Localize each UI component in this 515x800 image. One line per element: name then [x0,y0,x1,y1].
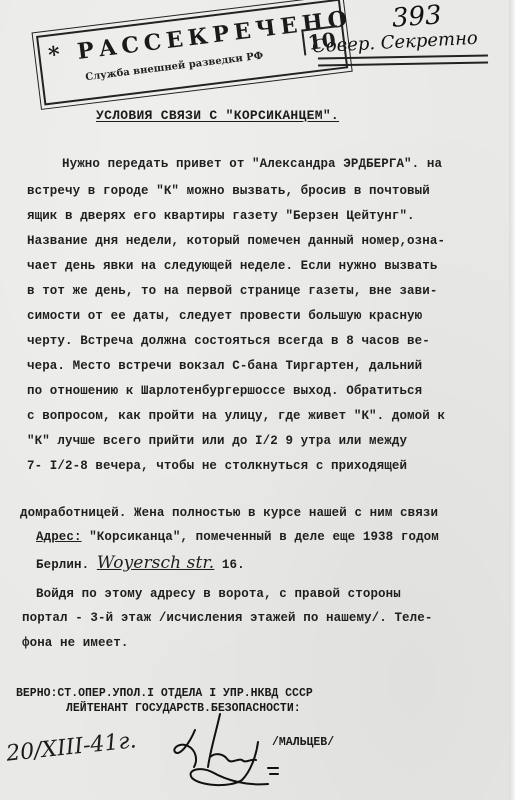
directions-line: фона не имеет. [22,636,128,650]
body-line: в тот же день, то на первой странице газ… [27,284,437,298]
directions-line: портал - 3-й этаж /исчисления этажей по … [22,611,432,625]
declassified-stamp: * РАССЕКРЕЧЕНО Служба внешней разведки Р… [36,0,348,105]
body-line: встречу в городе "К" можно вызвать, брос… [27,184,430,198]
handwritten-date: 20/XIII-41г. [5,728,138,767]
directions-line: Войдя по этому адресу в ворота, с правой… [36,587,401,601]
scanned-document-page: 393 Совер. Секретно * РАССЕКРЕЧЕНО Служб… [0,0,515,800]
body-line: 7- I/2-8 вечера, чтобы не столкнуться с … [27,459,407,473]
body-line: чает день явки на следующей неделе. Если… [27,259,437,273]
signature-icon [150,712,290,792]
address-city: Берлин. [36,558,89,572]
stamp-number: 10 [301,25,340,55]
body-line: с вопросом, как пройти на улицу, где жив… [27,409,445,423]
page-edge [509,0,515,800]
body-line: Название дня недели, который помечен дан… [27,234,445,248]
address-street-handwritten: Woyersch str. [97,553,214,573]
body-line: черту. Встреча должна состояться всегда … [27,334,430,348]
body-line: домработницей. Жена полностью в курсе на… [20,506,438,520]
address-house: 16. [214,558,244,572]
address-line-text: "Корсиканца", помеченный в деле еще 1938… [82,530,439,544]
body-line: по отношению к Шарлотенбургершоссе выход… [27,384,422,398]
document-title: УСЛОВИЯ СВЯЗИ С "КОРСИКАНЦЕМ". [96,108,339,123]
body-line: симости от ее даты, следует провести бол… [27,309,422,323]
body-line: чера. Место встречи вокзал С-бана Тиргар… [27,359,422,373]
body-line: "К" лучше всего прийти или до I/2 9 утра… [27,434,407,448]
address-line: Адрес: "Корсиканца", помеченный в деле е… [36,530,439,544]
certification-line-1: ВЕРНО:СТ.ОПЕР.УПОЛ.I ОТДЕЛА I УПР.НКВД С… [16,687,313,700]
body-line: ящик в дверях его квартиры газету "Берзе… [27,209,415,223]
body-line: Нужно передать привет от "Александра ЭРД… [62,157,442,171]
handwritten-page-number: 393 [391,0,443,33]
address-label: Адрес: [36,530,82,544]
address-street-line: Берлин. Woyersch str. 16. [36,553,245,573]
